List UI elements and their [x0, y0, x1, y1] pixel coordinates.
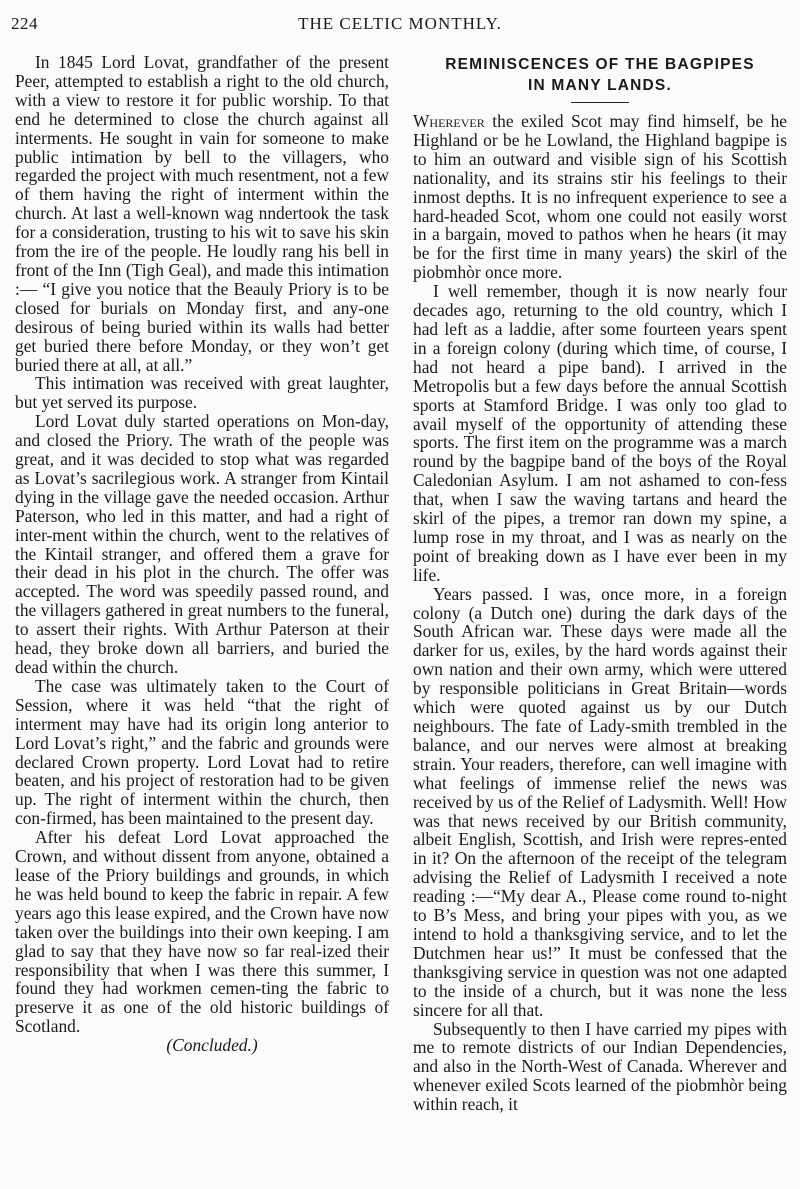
- concluded-note: (Concluded.): [15, 1036, 389, 1055]
- left-column: In 1845 Lord Lovat, grandfather of the p…: [15, 53, 389, 1055]
- paragraph: I well remember, though it is now nearly…: [413, 282, 787, 585]
- article-title: REMINISCENCES OF THE BAGPIPES IN MANY LA…: [413, 54, 787, 96]
- article-title-line-2: IN MANY LANDS.: [413, 75, 787, 96]
- article-title-line-1: REMINISCENCES OF THE BAGPIPES: [413, 54, 787, 75]
- running-head: 224 THE CELTIC MONTHLY.: [0, 14, 800, 38]
- paragraph: Years passed. I was, once more, in a for…: [413, 585, 787, 1020]
- drop-word: Wherever: [413, 111, 485, 131]
- journal-title: THE CELTIC MONTHLY.: [0, 14, 800, 34]
- paragraph: In 1845 Lord Lovat, grandfather of the p…: [15, 53, 389, 374]
- paragraph: This intimation was received with great …: [15, 374, 389, 412]
- title-rule: [571, 102, 629, 103]
- paragraph: Subsequently to then I have carried my p…: [413, 1020, 787, 1115]
- paragraph: Lord Lovat duly started operations on Mo…: [15, 412, 389, 677]
- paragraph: The case was ultimately taken to the Cou…: [15, 677, 389, 828]
- opening-paragraph: Wherever the exiled Scot may find himsel…: [413, 112, 787, 282]
- magazine-page: 224 THE CELTIC MONTHLY. In 1845 Lord Lov…: [0, 0, 800, 1189]
- right-column: REMINISCENCES OF THE BAGPIPES IN MANY LA…: [413, 54, 787, 1114]
- opening-text: the exiled Scot may find himself, be he …: [413, 111, 787, 282]
- paragraph: After his defeat Lord Lovat approached t…: [15, 828, 389, 1036]
